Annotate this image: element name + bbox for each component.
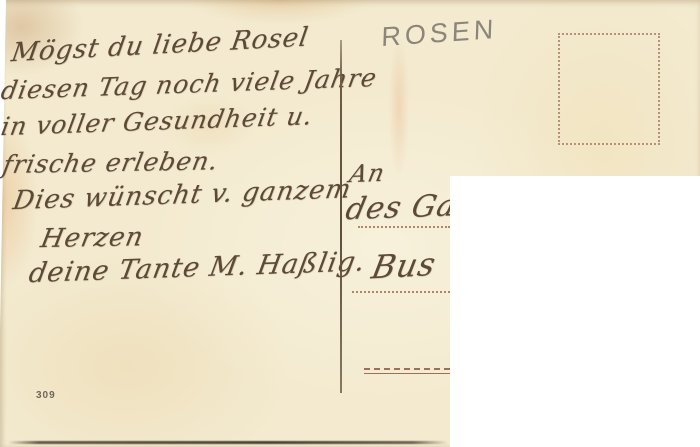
address-underline: [358, 226, 450, 228]
address-line-2: Bus: [369, 245, 440, 287]
address-rule: [364, 368, 450, 374]
address-salutation: An: [347, 159, 388, 188]
white-overlay: [450, 176, 700, 447]
postcard-scan: Mögst du liebe Rosel diesen Tag noch vie…: [0, 0, 700, 447]
message-line: Herzen: [38, 222, 146, 254]
card-bottom-edge: [8, 441, 448, 444]
message-line: frische erleben.: [0, 146, 221, 179]
divider-line: [340, 40, 342, 393]
address-underline: [352, 291, 450, 293]
card-number: 309: [36, 390, 56, 401]
stamp-box: [558, 33, 660, 145]
